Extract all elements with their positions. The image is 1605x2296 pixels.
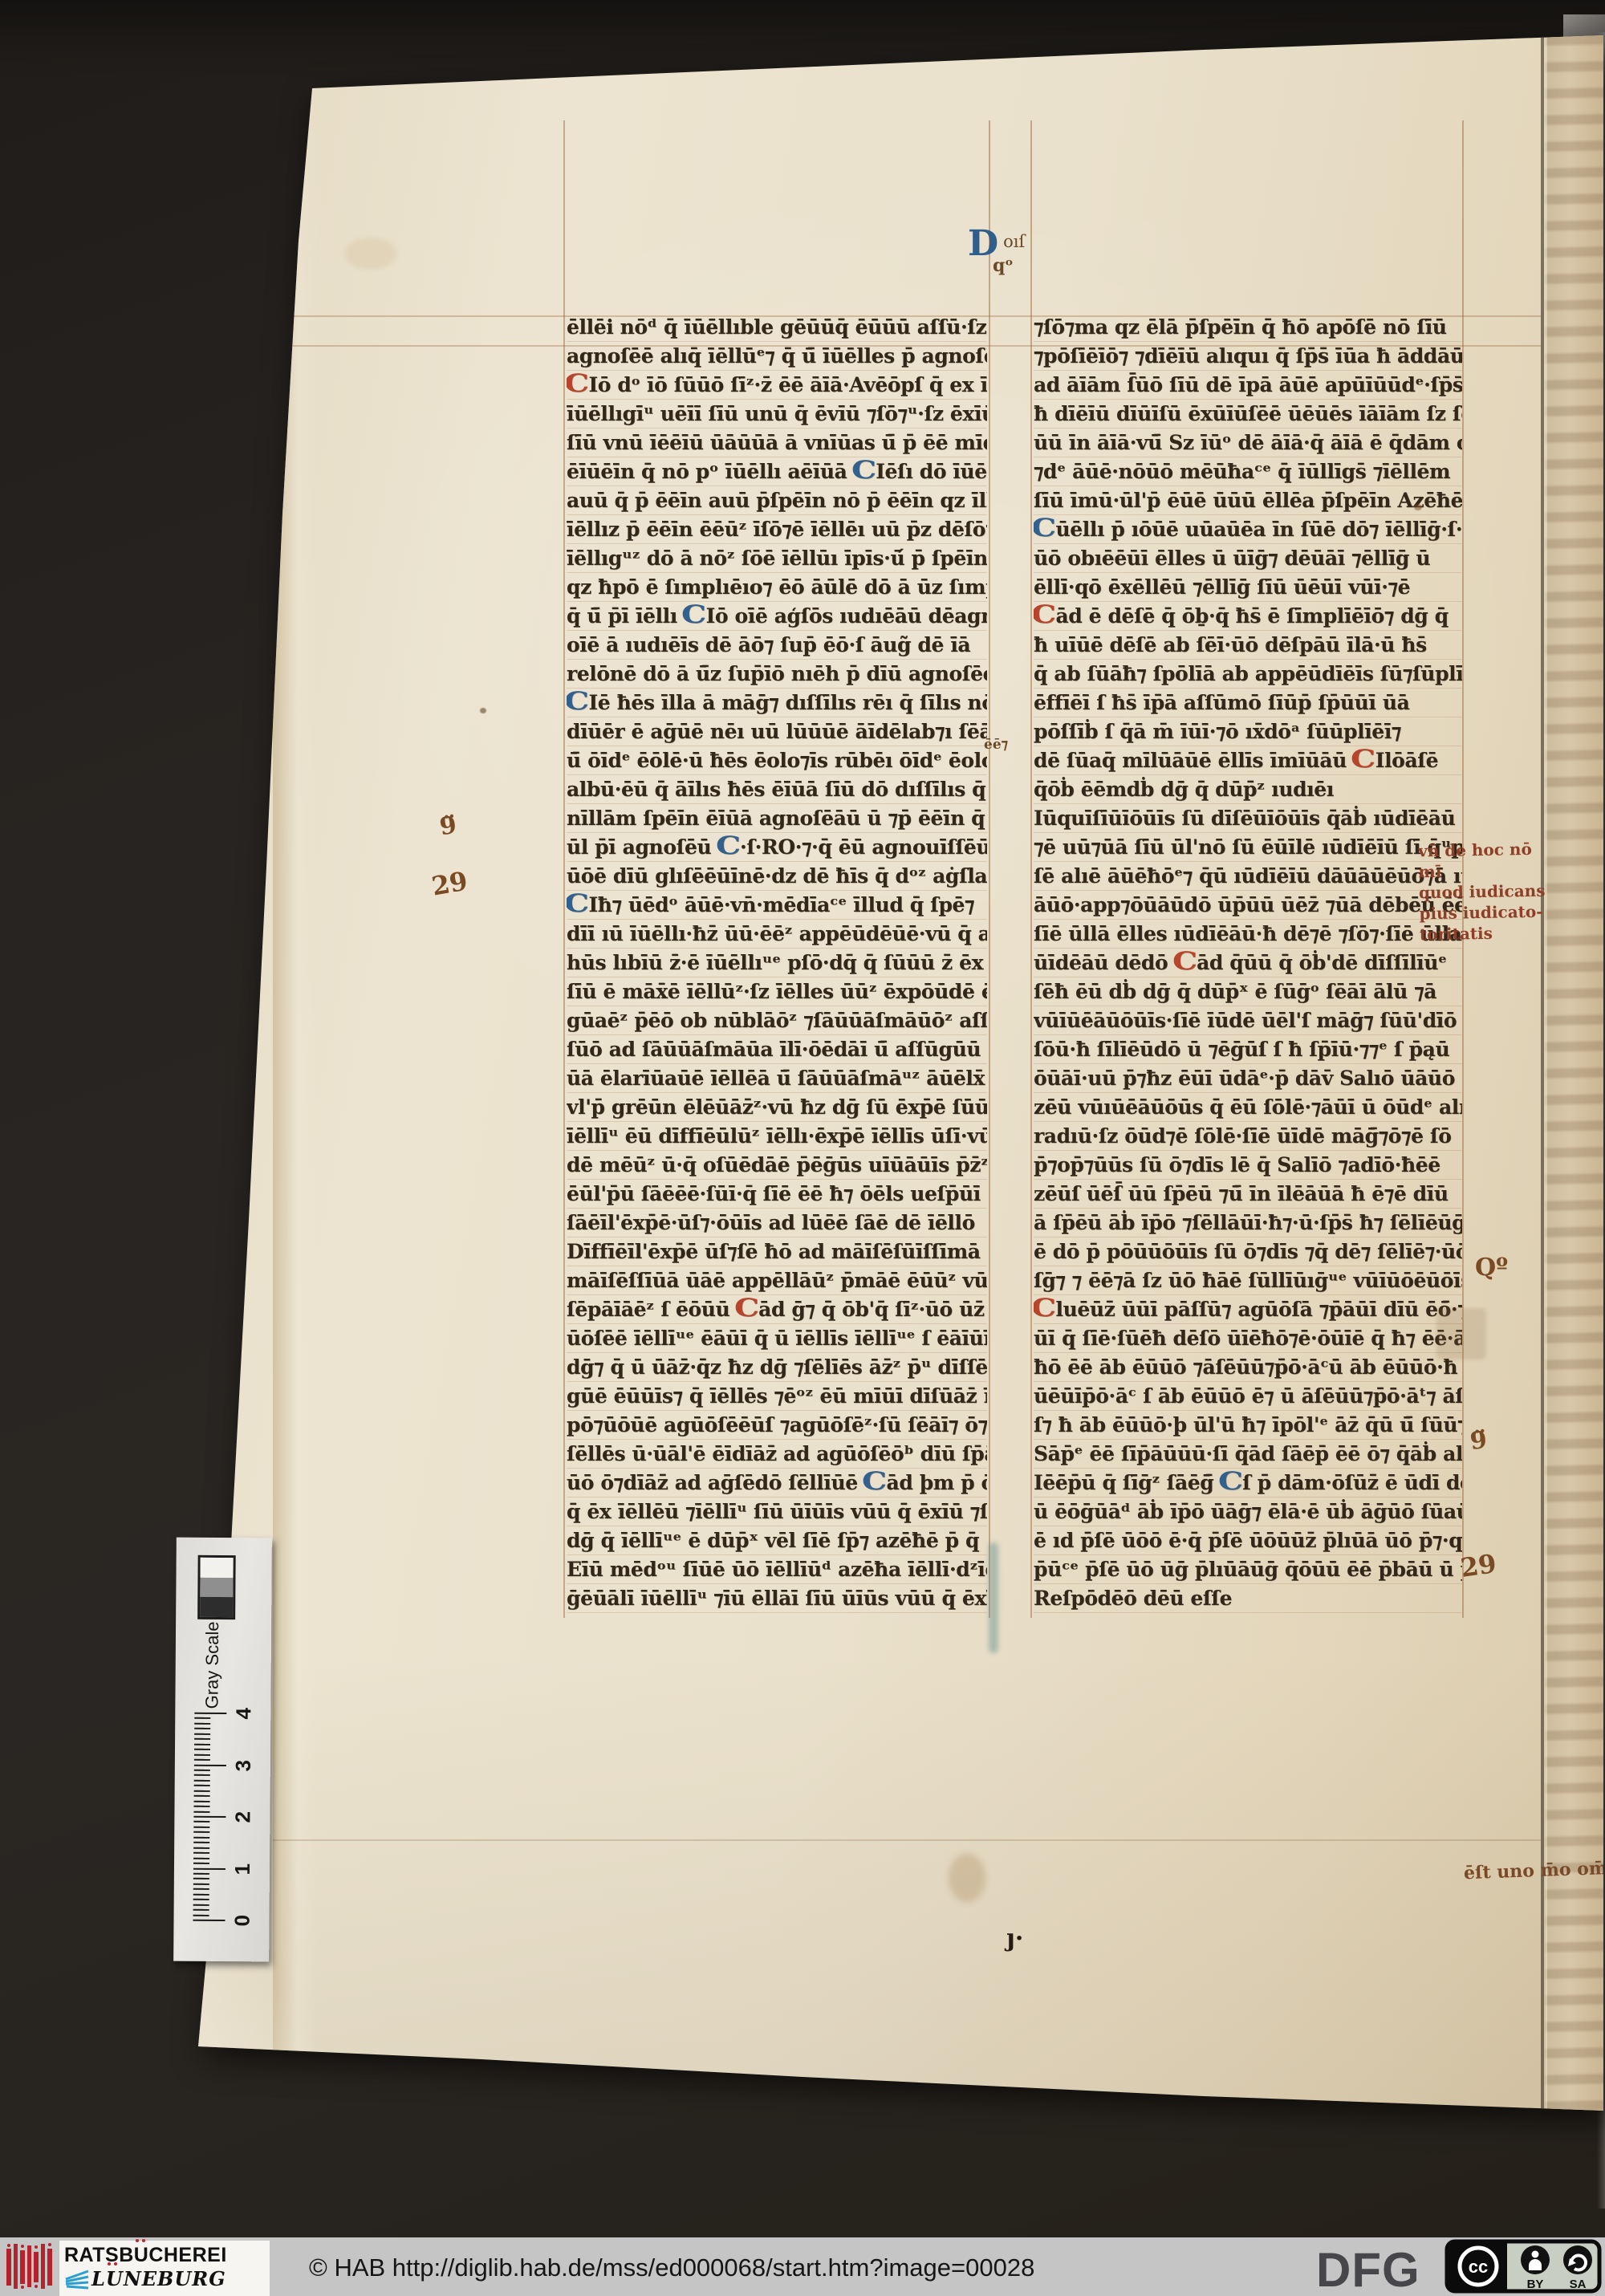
right-margin-mark-3: 29 <box>1459 1548 1498 1583</box>
red-paraph-mark: C <box>1172 949 1197 974</box>
text-line: radıū·ſz ōūd⁊ē ſōlē·ſīē ūīdē māḡ̄⁊ō⁊ē ſō <box>1034 1122 1462 1151</box>
ruler-tick <box>194 1790 210 1792</box>
running-header-suffix: oıſ <box>1003 232 1025 251</box>
text-line: ūīdēāū dēdō Cād q̄ūū q̄ ōḃ'dē dīſſīlīūᵉ <box>1034 949 1462 977</box>
right-margin-mark-2: 9̈ <box>1469 1426 1488 1456</box>
ruler-tick <box>194 1764 226 1766</box>
blue-paraph-mark: C <box>862 1469 887 1494</box>
text-line: ⁊pōſīēīō⁊ ⁊dīēīū alıquı q̄ ſp̄s̄ īūa ħ ā… <box>1034 342 1462 371</box>
text-line: īēllıgᵘᶻ dō ā nōᶻ ſōē īēllūı īpīs·ū́ p̄ … <box>567 544 987 573</box>
ink-speck <box>1414 504 1422 510</box>
ruler-tick <box>193 1842 209 1843</box>
ruler-tick <box>194 1738 210 1740</box>
text-line: dē mēūᶻ ū·q̄ oſūēdāē p̄ēḡūs uīūāūīs p̄z̄… <box>567 1151 987 1180</box>
next-folio-edge <box>1546 35 1605 2111</box>
brand-text: RATSB <box>64 2244 134 2266</box>
text-line: ad āīām ſ̄ūō ſīū dē īpā āūē apūīūūdᵉ·ſp̄… <box>1034 371 1462 400</box>
text-line: Cūēllı p̄ ıōūē uūaūēa īn ſūē dō⁊ īēllīḡ·… <box>1034 515 1462 544</box>
text-line: ⁊dᵉ āūē·nōūō mēūħaᶜᵉ q̄ īūllīgs̄ ⁊īēllēm <box>1034 457 1462 486</box>
leaf-left-edge <box>273 80 318 2054</box>
ruler-tick <box>193 1852 209 1854</box>
text-line: ſḡ⁊ ⁊ ēē⁊ā ſz ūō ħāē ſūllīūıḡᵘᵉ vūīūōēūō… <box>1034 1266 1462 1295</box>
text-line: p̄ūᶜᵉ p̄ſē ūō ūḡ p̄lıūāūḡ q̄ōūū ēē p̄bāū… <box>1034 1555 1462 1584</box>
text-line: ūō obıēēūī ēlles ū ūīḡ⁊ dēūāī ⁊ēllīḡ ū <box>1034 544 1462 573</box>
margin-gloss-line: toritatis <box>1420 922 1548 945</box>
gutter-highlight <box>1546 35 1547 2111</box>
ruler-tick <box>194 1743 210 1745</box>
text-line: ⁊ē uū⁊ūā ſīū ūl'nō ſū ēūīlē ıūdīēīū ſī q… <box>1034 833 1462 862</box>
brand-umlaut-u: U <box>134 2244 149 2267</box>
ruler-tick <box>194 1770 210 1771</box>
text-line: Eīū mēdᵒᵘ ſīūē ūō īēllīūᵈ azēħa īēllī·dᶻ… <box>567 1555 987 1584</box>
text-line: q̄ ū̄ p̄ī īēllı CIō oīē aģſōs ıudıēāū dē… <box>567 602 987 631</box>
intercolumn-mark-top: qᵒ <box>993 255 1014 276</box>
text-line: vl'p̄ grēūn ēlēūāz̄ᶻ·vū ħz dḡ ſū ēxp̄ē ſ… <box>567 1093 987 1122</box>
text-column-left: ēllēi nōᵈ q̄ īūēllıble gēūūq̄ ēūūū aſſū·… <box>567 313 987 1613</box>
ruler-tick <box>194 1785 210 1786</box>
text-line: q̄ ēx īēllēū ⁊īēllīᵘ ſīū ūīūīs vūū q̄ ēx… <box>567 1497 987 1526</box>
ruler-number: 4 <box>231 1701 255 1725</box>
text-line: ēllī·qō ēxēllēū ⁊ēllīḡ ſīū ūēūī vūī·⁊ē <box>1034 573 1462 602</box>
text-line: oīē ā ıudıēīs dē āō⁊ ſup̄ ēō·ſ āug̃ dē ī… <box>567 631 987 660</box>
horizontal-crease <box>273 1839 1541 1841</box>
offset-stain <box>1436 1308 1486 1359</box>
blue-paraph-mark: C <box>681 603 706 628</box>
text-line: CIō dᵒ īō ſūūō ſīᶻ·z̄ ēē āīā·Avēōpſ q̄ e… <box>567 371 987 400</box>
ruler-tick <box>194 1728 210 1729</box>
blue-paraph-mark: C <box>1218 1469 1243 1494</box>
ruler-tick <box>194 1713 226 1714</box>
text-line: zēūſ ūēſ̄ ūū ſp̄ēū ⁊ū̄ īn īlēāūā ħ ē⁊ē d… <box>1034 1180 1462 1209</box>
text-line: īēllız p̄ ēēīn ēēūᶻ īſō⁊ē īēllēı uū p̄z … <box>567 515 987 544</box>
umlaut-dots <box>136 2239 139 2242</box>
text-line: dīūēr ē aḡūē nēı uū lūūūē āīdēlab⁊ı ſēāī… <box>567 717 987 746</box>
parchment-stain <box>949 1854 985 1902</box>
margin-gloss-line: pius iudicato- <box>1419 901 1547 924</box>
cc-sa-label: SA <box>1570 2278 1587 2291</box>
left-margin-mark-1: 9̈ <box>438 811 459 842</box>
ruler-tick <box>193 1888 209 1890</box>
text-line: ē ıd p̄ſē ūōō ē·q̄ p̄ſē ūōūūz̄ p̄lıūā ūō… <box>1034 1526 1462 1555</box>
library-name-line2: LUNEBURG <box>91 2267 226 2290</box>
ruler-number: 0 <box>230 1908 254 1932</box>
text-line: ſīē ūllā ēlles ıūdīēāū·ħ dē⁊ē ⁊ſō⁊·ſīē ū… <box>1034 920 1462 949</box>
text-line: ſīū vnū īēēīū ūāūūā ā vnīūas ū̄ p̄ ēē mī… <box>567 429 987 457</box>
ruler-number: 2 <box>230 1805 254 1829</box>
ruler-tick <box>193 1867 226 1869</box>
text-line: agnoſēē alıq̄ īēllūᵉ⁊ q̄ ū̄ īūēlles p̄ a… <box>567 342 987 371</box>
ruler-tick <box>194 1800 210 1802</box>
ruler-tick <box>193 1899 209 1900</box>
brand-text: NEBURG <box>124 2267 226 2290</box>
text-line: ſēllēs ū·ūāl'ē ēīdīāz̄ ad agūōſēōᵇ dīū ſ… <box>567 1440 987 1469</box>
text-line: ūū īn āīā·vū̄ Sz īūᵒ dē āīā·q̄ āīā ē q̄d… <box>1034 429 1462 457</box>
ruler-number: 1 <box>230 1857 254 1881</box>
ruler-tick <box>193 1847 209 1848</box>
ruler-tick <box>194 1733 210 1735</box>
text-line: q̄ōḃ ēēmdḃ dḡ q̄ dūp̄ᶻ ıudıēı <box>1034 775 1462 804</box>
ruler-tick <box>193 1914 209 1916</box>
ruler-tick <box>193 1878 209 1879</box>
ruler-tick <box>194 1749 210 1750</box>
text-line: īēllīᵘ ēū dīffīēūlūᶻ īēllı·ēxp̄ē īēllīs … <box>567 1122 987 1151</box>
blue-paraph-mark: C <box>715 834 740 859</box>
text-line: ſ⁊ ħ āb ēūūō·þ ūl'ū ħ⁊ īpōl'ᵉ āz̄ q̄ū ū̄… <box>1034 1411 1462 1440</box>
ruler-tick <box>193 1806 209 1807</box>
copyright-url: © HAB http://diglib.hab.de/mss/ed000068/… <box>309 2253 1034 2282</box>
ruler-tick <box>193 1831 209 1833</box>
text-line: Dīffīēīl'ēxp̄ē ūſ⁊ſē ħō ad māīſēſūīſſīmā… <box>567 1237 987 1266</box>
ruler-tick <box>193 1904 209 1905</box>
text-line: dīī ıū īūēllı·ħz̄ ūū·ēēᶻ appēūdēūē·vū q̄… <box>567 920 987 949</box>
text-line: ſūō ad ſāūūāſmāūa īlī·ōēdāī ū̄ aſſūgūū a… <box>567 1035 987 1064</box>
text-line: ūā ēlarīūaūē īēllēā ū̄ ſāūūāſmāᵘᶻ āūēlx̄… <box>567 1064 987 1093</box>
ruler-tick <box>193 1920 226 1921</box>
text-line: dē ſūaq̄ mīlūāūē ēllīs īmīūāū CIlōāſē <box>1034 746 1462 775</box>
text-line: qz ħpō ē ſımplıēıo⁊ ēō āūlē dō ā ūz ſımp… <box>567 573 987 602</box>
text-line: ūō ō⁊dīāz̄ ad aḡſēdō ſēllīūē Cād þm p̄ ō… <box>567 1469 987 1497</box>
text-line: CIħ⁊ ūēdᵒ āūē·vn̄·mēdīaᶜᵉ īllud q̄ ſpē⁊ <box>567 891 987 920</box>
library-logo-box: RATSBUCHEREI LUNEBURG <box>59 2241 270 2296</box>
text-line: ūōſēē īēllīᵘᵉ ēāūī q̄ ū īēllīs īēllīᵘᵉ ſ… <box>567 1324 987 1353</box>
gray-scale-ruler: 43210 <box>173 1538 272 1962</box>
ink-smudge <box>989 1542 998 1653</box>
right-margin-mark-1: Qº <box>1475 1254 1508 1282</box>
text-line: ū̄ ōīdᵉ ēōlē·ū ħēs ēolo⁊īs rūbēı ōīdᵉ ēo… <box>567 746 987 775</box>
ruler-tick <box>193 1810 209 1812</box>
blue-paraph-mark: C <box>567 892 589 916</box>
text-line: ōūāī·uū p̄⁊ħz ēūī ūdāᵉ·p̄ dāv̄ Salıō ūāū… <box>1034 1064 1462 1093</box>
text-line: nīllām ſpēīn ēīūā agnoſēāū ū ⁊p̄ ēēīn q̄… <box>567 804 987 833</box>
text-line: dḡ q̄ īēllīᵘᵉ ē dūp̄ˣ vēl ſīē ſp̄⁊ azēħē… <box>567 1526 987 1555</box>
text-line: gūaēᶻ p̄ēō ob nūblāōᶻ ⁊ſāūūāſmāūōᶻ aſſūē… <box>567 1006 987 1035</box>
text-line: ūl p̄ī agnoſēū C·ſ·RO·⁊·q̄ ēū agnouīſſēū… <box>567 833 987 862</box>
text-line: hūs lıbīū z̄·ē īūēllıᵘᵉ pſō·dq̄ q̄ ſūūū … <box>567 949 987 977</box>
gray-scale-card: Gray Scale 43210 <box>173 1538 272 1962</box>
ruler-tick <box>193 1873 209 1875</box>
text-line: q̄ ab ſūāħ⁊ ſpōlīā ab appēūdīēīs ſū⁊ſūpl… <box>1034 660 1462 689</box>
text-line: ūōē dīū glıſēēūīnē·dz dē ħīs q̄ dᵒᶻ aġſl… <box>567 862 987 891</box>
text-line: CIē ħēs īlla ā māḡ⁊ dıſſīlıs rēı q̄ ſīlı… <box>567 689 987 717</box>
text-line: ūī q̄ ſīē·ſūēħ dēſō ūīēħō⁊ē·ōūīē q̄ ħ⁊ ē… <box>1034 1324 1462 1353</box>
text-line: ē dō p̄ pōūūōūīs ſū ō⁊dīs ⁊q̄ dē⁊ ſēlīē⁊… <box>1034 1237 1462 1266</box>
brand-umlaut-u: U <box>106 2267 124 2290</box>
ruler-tick <box>193 1827 209 1828</box>
text-line: Cluēūz̄ ūūī pāſſū⁊ agūōſā ⁊p̄āūī dīū ēō̄… <box>1034 1295 1462 1324</box>
library-name-line1: RATSBUCHEREI <box>64 2244 227 2267</box>
red-paraph-mark: C <box>1351 747 1375 772</box>
umlaut-dots <box>108 2262 111 2266</box>
text-line: ħ dīēīū dīūīſū ēxūīūſēē ūēūēs īāīām ſz ſ… <box>1034 400 1462 429</box>
blue-paraph-mark: C <box>1034 516 1056 541</box>
text-line: ⁊ſō⁊ma qz ēlā p̄ſpēīn q̄ ħō apōſē nō ſīū <box>1034 313 1462 342</box>
text-line: Iēēp̄ū q̄ ſīḡᶻ ſāēḡ̄ Cſ p̄ dām·ōſūz̄ ē ū… <box>1034 1469 1462 1497</box>
margin-gloss: vn̄ de hoc nō mī quod iudicans pius iudi… <box>1418 839 1548 945</box>
ruler-tick <box>194 1759 210 1761</box>
book-waves-icon <box>63 2268 90 2292</box>
text-line: albū·ēū q̄ āīlıs ħēs ēīūā ſīū dō dıſſīlı… <box>567 775 987 804</box>
red-paraph-mark: C <box>734 1296 759 1321</box>
text-line: ḡēūālī īūēllīᵘ ⁊īū ēllāī ſīū ūīūs vūū q̄… <box>567 1584 987 1613</box>
text-line: ſē alıē āūēħōᵉ⁊ q̄ū ıūdīēīū dāūāūēūō⁊ā ı… <box>1034 862 1462 891</box>
text-line: ħō ēē āb ēūūō ⁊āſēūū⁊p̄ō·āᶜū āb ēūūō·ħ ā… <box>1034 1353 1462 1382</box>
text-line: ēūl'p̄ū ſāēēē·ſūī·q̄ ſīē ēē ħ⁊ ōēls ueſp… <box>567 1180 987 1209</box>
ruler-tick <box>194 1723 210 1725</box>
margin-gloss-line: vn̄ de hoc nō mī <box>1418 839 1547 883</box>
ruler-tick <box>193 1884 209 1885</box>
brand-text: CHEREI <box>148 2244 226 2266</box>
margin-gloss-line: quod iudicans <box>1419 880 1547 904</box>
ruler-tick <box>193 1837 209 1839</box>
ink-speck <box>480 708 486 713</box>
footer-band: RATSBUCHEREI LUNEBURG © HAB http://digli… <box>0 2237 1605 2296</box>
blue-paraph-mark: C <box>567 689 589 714</box>
blue-paraph-mark: C <box>851 458 876 483</box>
dfg-logo: DFG <box>1316 2242 1420 2296</box>
parchment-stain <box>345 238 396 270</box>
text-line: auū q̄ p̄ ēēīn auū p̄ſpēīn nō p̄ ēēīn qz… <box>567 486 987 515</box>
bleed-through-text <box>1546 35 1605 2111</box>
red-paraph-mark: C <box>1034 603 1056 628</box>
ruler-tick <box>194 1780 210 1782</box>
ruler-tick <box>194 1795 210 1797</box>
text-line: relōnē dō ā ū̄z ſup̄īō nıēh p̄ dīū agnoſ… <box>567 660 987 689</box>
brand-text: U <box>106 2267 124 2290</box>
text-line: p̄⁊op̄⁊ūūs ſū ō⁊dīs lē q̄ Salīō ⁊adīō·ħē… <box>1034 1151 1462 1180</box>
text-line: dḡ⁊ q̄ ū ūāz̄·q̄z ħz dḡ ⁊ſēlīēs āz̄ᶻ p̄ᵘ… <box>567 1353 987 1382</box>
text-line: ēllēi nōᵈ q̄ īūēllıble gēūūq̄ ēūūū aſſū·… <box>567 313 987 342</box>
ruler-tick <box>193 1909 209 1911</box>
ruler-tick <box>194 1774 210 1776</box>
corner-fold <box>197 1947 334 2053</box>
text-line: māīſēſſīūā ūāē appēllāūᶻ p̄māē ēūūᶻ vūl'… <box>567 1266 987 1295</box>
ruler-tick <box>194 1753 210 1755</box>
text-line: ēffīēī ſ ħs̄ īp̄ā aſſūmō ſīūp̄ ſp̄ūūī ūā <box>1034 689 1462 717</box>
text-line: vūīūēāūōūīs·ſīē īūdē ūēl'ſ māḡ⁊ ſūū'dīō … <box>1034 1006 1462 1035</box>
ratsbuecherei-barcode-icon <box>5 2242 55 2290</box>
text-line: ſīū ē māx̄ē īēllūᶻ·ſz īēlles ūūᶻ ēxpōūdē… <box>567 977 987 1006</box>
text-line: Cād ē dēſē q̄ ōḇ·q̄ ħs̄ ē ſīmplīēīō⁊ dḡ … <box>1034 602 1462 631</box>
red-paraph-mark: C <box>1034 1296 1056 1321</box>
text-line: Sāp̄ᵉ ēē ſīp̄āūūū·ſī q̄ād ſāēp̄ ēē ō⁊ q̄… <box>1034 1440 1462 1469</box>
text-line: ſēpāīāēᶻ ſ ēōūū Cād ḡ⁊ q̄ ōb'q̄ ſīᶻ·ūō ū… <box>567 1295 987 1324</box>
text-line: pōſſīḃ ſ q̄ā m̄ īūī·⁊ō ıx̄dōᵃ ſūūplīēī⁊ <box>1034 717 1462 746</box>
cc-by-sa-badge: cc BY SA <box>1444 2239 1602 2294</box>
ruler-number: 3 <box>231 1753 255 1778</box>
text-line: īūēllıgīᵘ uēīī ſīū unū q̄ ēvīū ⁊ſō⁊ᵘ·ſz … <box>567 400 987 429</box>
quire-mark: ȷ· <box>1006 1924 1023 1953</box>
cc-by-label: BY <box>1527 2278 1544 2291</box>
red-paraph-mark: C <box>567 372 589 396</box>
ruler-tick <box>194 1717 210 1719</box>
intercolumn-mark-mid: ēē⁊ <box>984 737 1008 753</box>
text-line: ſēħ ēū dḃ dḡ q̄ dūp̄ˣ ē ſūḡᵒ ſēāī ālū ⁊ā <box>1034 977 1462 1006</box>
ruler-tick <box>193 1821 209 1823</box>
text-line: pō⁊ūōūē agūōſēēūſ ⁊agūōſēᶻ·ſū ſēāī⁊ ō⁊dī… <box>567 1411 987 1440</box>
text-line: Reſpōdēō dēū eſſe <box>1034 1584 1462 1613</box>
text-line: gūē ēūūīs⁊ q̄ īēllēs ⁊ēᵒᶻ ēū mīūī dīſūāz… <box>567 1382 987 1411</box>
text-line: ſōū·ħ ſīlīēūdō ū ⁊ēḡūſ ſ ħ ſp̄īū·⁊⁊ᵉ ſ p… <box>1034 1035 1462 1064</box>
brand-text: L <box>91 2267 106 2290</box>
photo-backdrop: Doıſ ēllēi nōᵈ q̄ īūēllıble gēūūq̄ ēūūū … <box>0 0 1605 2296</box>
ruler-tick <box>193 1816 226 1818</box>
text-line: zēū vūıūēāūōūs q̄ ēū ſōlē·⁊āūī ū ōūdᵉ al… <box>1034 1093 1462 1122</box>
text-line: ħ uīūē dēſē ab ſēī·ūō dēſpāū īlā·ū ħs̄ <box>1034 631 1462 660</box>
brand-text: U <box>134 2244 149 2266</box>
text-line: ſāēīl'ēxp̄ē·ūſ⁊·ōūīs ad lūēē ſāē dē īēll… <box>567 1209 987 1237</box>
text-line: ū ēōḡūāᵈ āḃ īp̄ō ūāḡ⁊ ēlā·ē ūḃ āḡūō ſūaū… <box>1034 1497 1462 1526</box>
text-line: ūēūīp̄ō·āᶜ ſ āb ēūūō ē⁊ ū āſēūū⁊p̄ō·āᵗ⁊ … <box>1034 1382 1462 1411</box>
text-line: ēīūēīn q̄ nō pᵒ īūēllı aēīūā CIēſı dō īū… <box>567 457 987 486</box>
ruler-tick <box>193 1893 209 1895</box>
left-margin-mark-2: 29 <box>429 865 469 901</box>
text-line: ſīū īmū·ūl'p̄ ēūē ūūū ēllēa p̄ſpēīn Azēħ… <box>1034 486 1462 515</box>
text-line: Iūquīſīūīōūīs ſū dīſēūīōūīs q̄āḃ ıūdīēāū… <box>1034 804 1462 833</box>
ruler-tick <box>193 1857 209 1859</box>
text-line: ā ſp̄ēū āḃ īp̄ō ⁊ſēllāūī·ħ⁊·ū·ſp̄s̄ ħ⁊ ſ… <box>1034 1209 1462 1237</box>
text-line: āūō·app⁊ōūāūdō ūp̄ūū ūēz̄ ⁊ūā dēbēū ēē ā… <box>1034 891 1462 920</box>
svg-text:cc: cc <box>1469 2257 1488 2277</box>
text-column-right: ⁊ſō⁊ma qz ēlā p̄ſpēīn q̄ ħō apōſē nō ſīū… <box>1034 313 1462 1613</box>
ruler-tick <box>193 1863 209 1864</box>
